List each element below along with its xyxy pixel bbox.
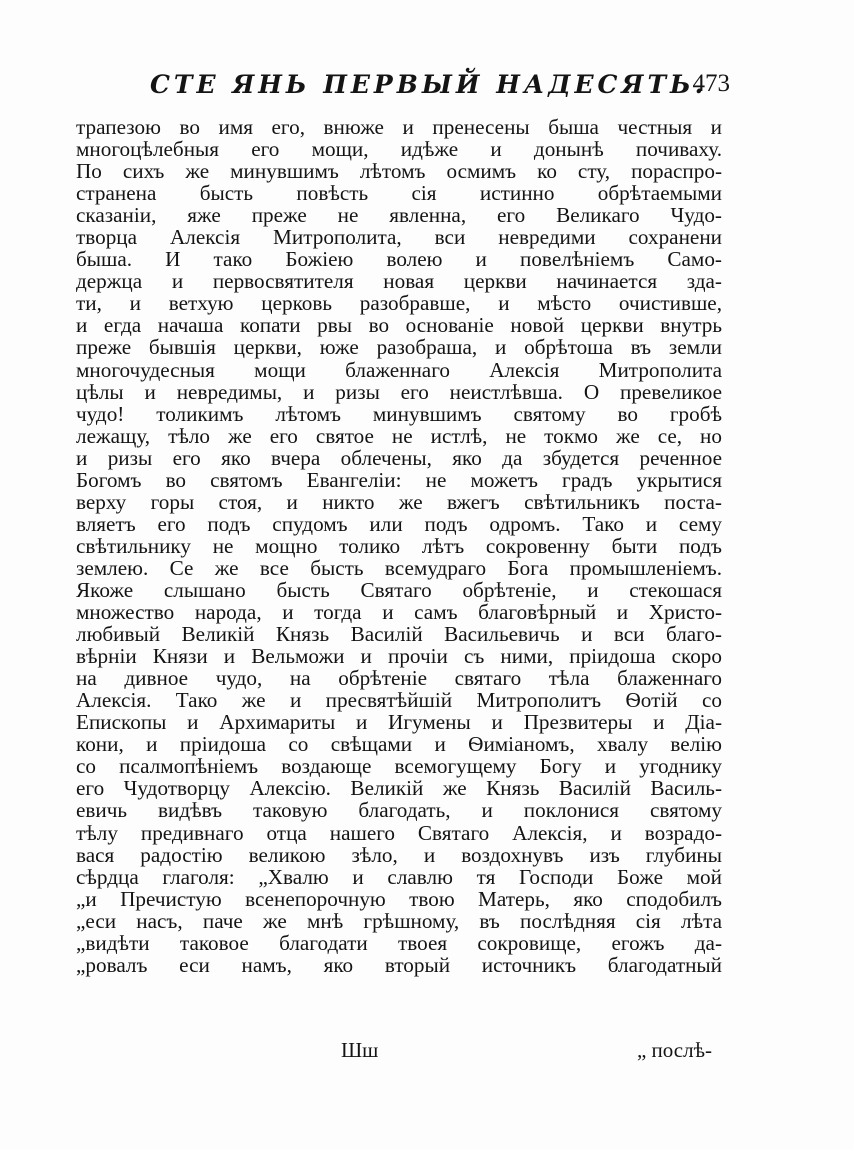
text-line: сѣрдца глаголя: „Хвалю и славлю тя Госпо… bbox=[76, 866, 722, 888]
text-line: чудо! толикимъ лѣтомъ минувшимъ святому … bbox=[76, 403, 722, 425]
text-line: странена бысть повѣсть сія истинно обрѣт… bbox=[76, 182, 722, 204]
text-line: лежащу, тѣло же его святое не истлѣ, не … bbox=[76, 425, 722, 447]
text-line: Богомъ во святомъ Евангеліи: не можетъ г… bbox=[76, 469, 722, 491]
book-page: СТЕ ЯНЬ ПЕРВЫЙ НАДЕСЯТЬ. 473 трапезою во… bbox=[0, 0, 854, 1150]
text-line: множество народа, и тогда и самъ благовѣ… bbox=[76, 601, 722, 623]
text-line: быша. И тако Божіею волею и повелѣніемъ … bbox=[76, 248, 722, 270]
text-line: и егда начаша копати рвы во основаніе но… bbox=[76, 314, 722, 336]
text-line: евичь видѣвъ таковую благодать, и поклон… bbox=[76, 799, 722, 821]
text-line: и ризы его яко вчера облечены, яко да зб… bbox=[76, 447, 722, 469]
text-line: творца Алексія Митрополита, вси невредим… bbox=[76, 226, 722, 248]
text-line: ти, и ветхую церковь разобравше, и мѣсто… bbox=[76, 292, 722, 314]
text-line: на дивное чудо, на обрѣтеніе святаго тѣл… bbox=[76, 667, 722, 689]
text-line: вѣрніи Князи и Вельможи и прочіи съ ними… bbox=[76, 645, 722, 667]
text-line: „еси насъ, паче же мнѣ грѣшному, въ посл… bbox=[76, 910, 722, 932]
text-line: „ровалъ еси намъ, яко вторый источникъ б… bbox=[76, 954, 722, 976]
text-line: цѣлы и невредимы, и ризы его неистлѣвша.… bbox=[76, 381, 722, 403]
text-line: вася радостію великою зѣло, и воздохнувъ… bbox=[76, 844, 722, 866]
body-text: трапезою во имя его, внюже и пренесены б… bbox=[76, 116, 722, 976]
text-line: „видѣти таковое благодати твоея сокровищ… bbox=[76, 932, 722, 954]
text-line: землею. Се же все бысть всемудраго Бога … bbox=[76, 557, 722, 579]
page-number: 473 bbox=[693, 70, 731, 98]
text-line: любивый Великій Князь Василій Васильевич… bbox=[76, 623, 722, 645]
page-footer: Шш „ послѣ- bbox=[76, 1038, 722, 1064]
text-line: кони, и пріидоша со свѣщами и Ѳиміаномъ,… bbox=[76, 733, 722, 755]
text-line: По сихъ же минувшимъ лѣтомъ осмимъ ко ст… bbox=[76, 160, 722, 182]
running-head: СТЕ ЯНЬ ПЕРВЫЙ НАДЕСЯТЬ. 473 bbox=[150, 66, 730, 106]
text-line: тѣлу предивнаго отца нашего Святаго Алек… bbox=[76, 822, 722, 844]
text-line: свѣтильнику не мощно толико лѣтъ сокрове… bbox=[76, 535, 722, 557]
text-line: Алексія. Тако же и пресвятѣйшій Митропол… bbox=[76, 689, 722, 711]
text-line: многочудесныя мощи блаженнаго Алексія Ми… bbox=[76, 359, 722, 381]
text-line: преже бывшія церкви, юже разобраша, и об… bbox=[76, 336, 722, 358]
text-line: сказаніи, яже преже не явленна, его Вели… bbox=[76, 204, 722, 226]
running-title: СТЕ ЯНЬ ПЕРВЫЙ НАДЕСЯТЬ. bbox=[150, 70, 707, 99]
text-line: верху горы стоя, и никто же вжегъ свѣтил… bbox=[76, 491, 722, 513]
text-line: Епископы и Архимариты и Игумены и Презви… bbox=[76, 711, 722, 733]
text-line: его Чудотворцу Алексію. Великій же Князь… bbox=[76, 777, 722, 799]
signature-mark: Шш bbox=[341, 1038, 378, 1063]
text-line: трапезою во имя его, внюже и пренесены б… bbox=[76, 116, 722, 138]
text-line: вляетъ его подъ спудомъ или подъ одромъ.… bbox=[76, 513, 722, 535]
text-line: Якоже слышано бысть Святаго обрѣтеніе, и… bbox=[76, 579, 722, 601]
text-line: держца и первосвятителя новая церкви нач… bbox=[76, 270, 722, 292]
catchword: „ послѣ- bbox=[637, 1038, 712, 1063]
text-line: „и Пречистую всенепорочную твою Матерь, … bbox=[76, 888, 722, 910]
text-line: многоцѣлебныя его мощи, идѣже и донынѣ п… bbox=[76, 138, 722, 160]
text-line: со псалмопѣніемъ воздающе всемогущему Бо… bbox=[76, 755, 722, 777]
